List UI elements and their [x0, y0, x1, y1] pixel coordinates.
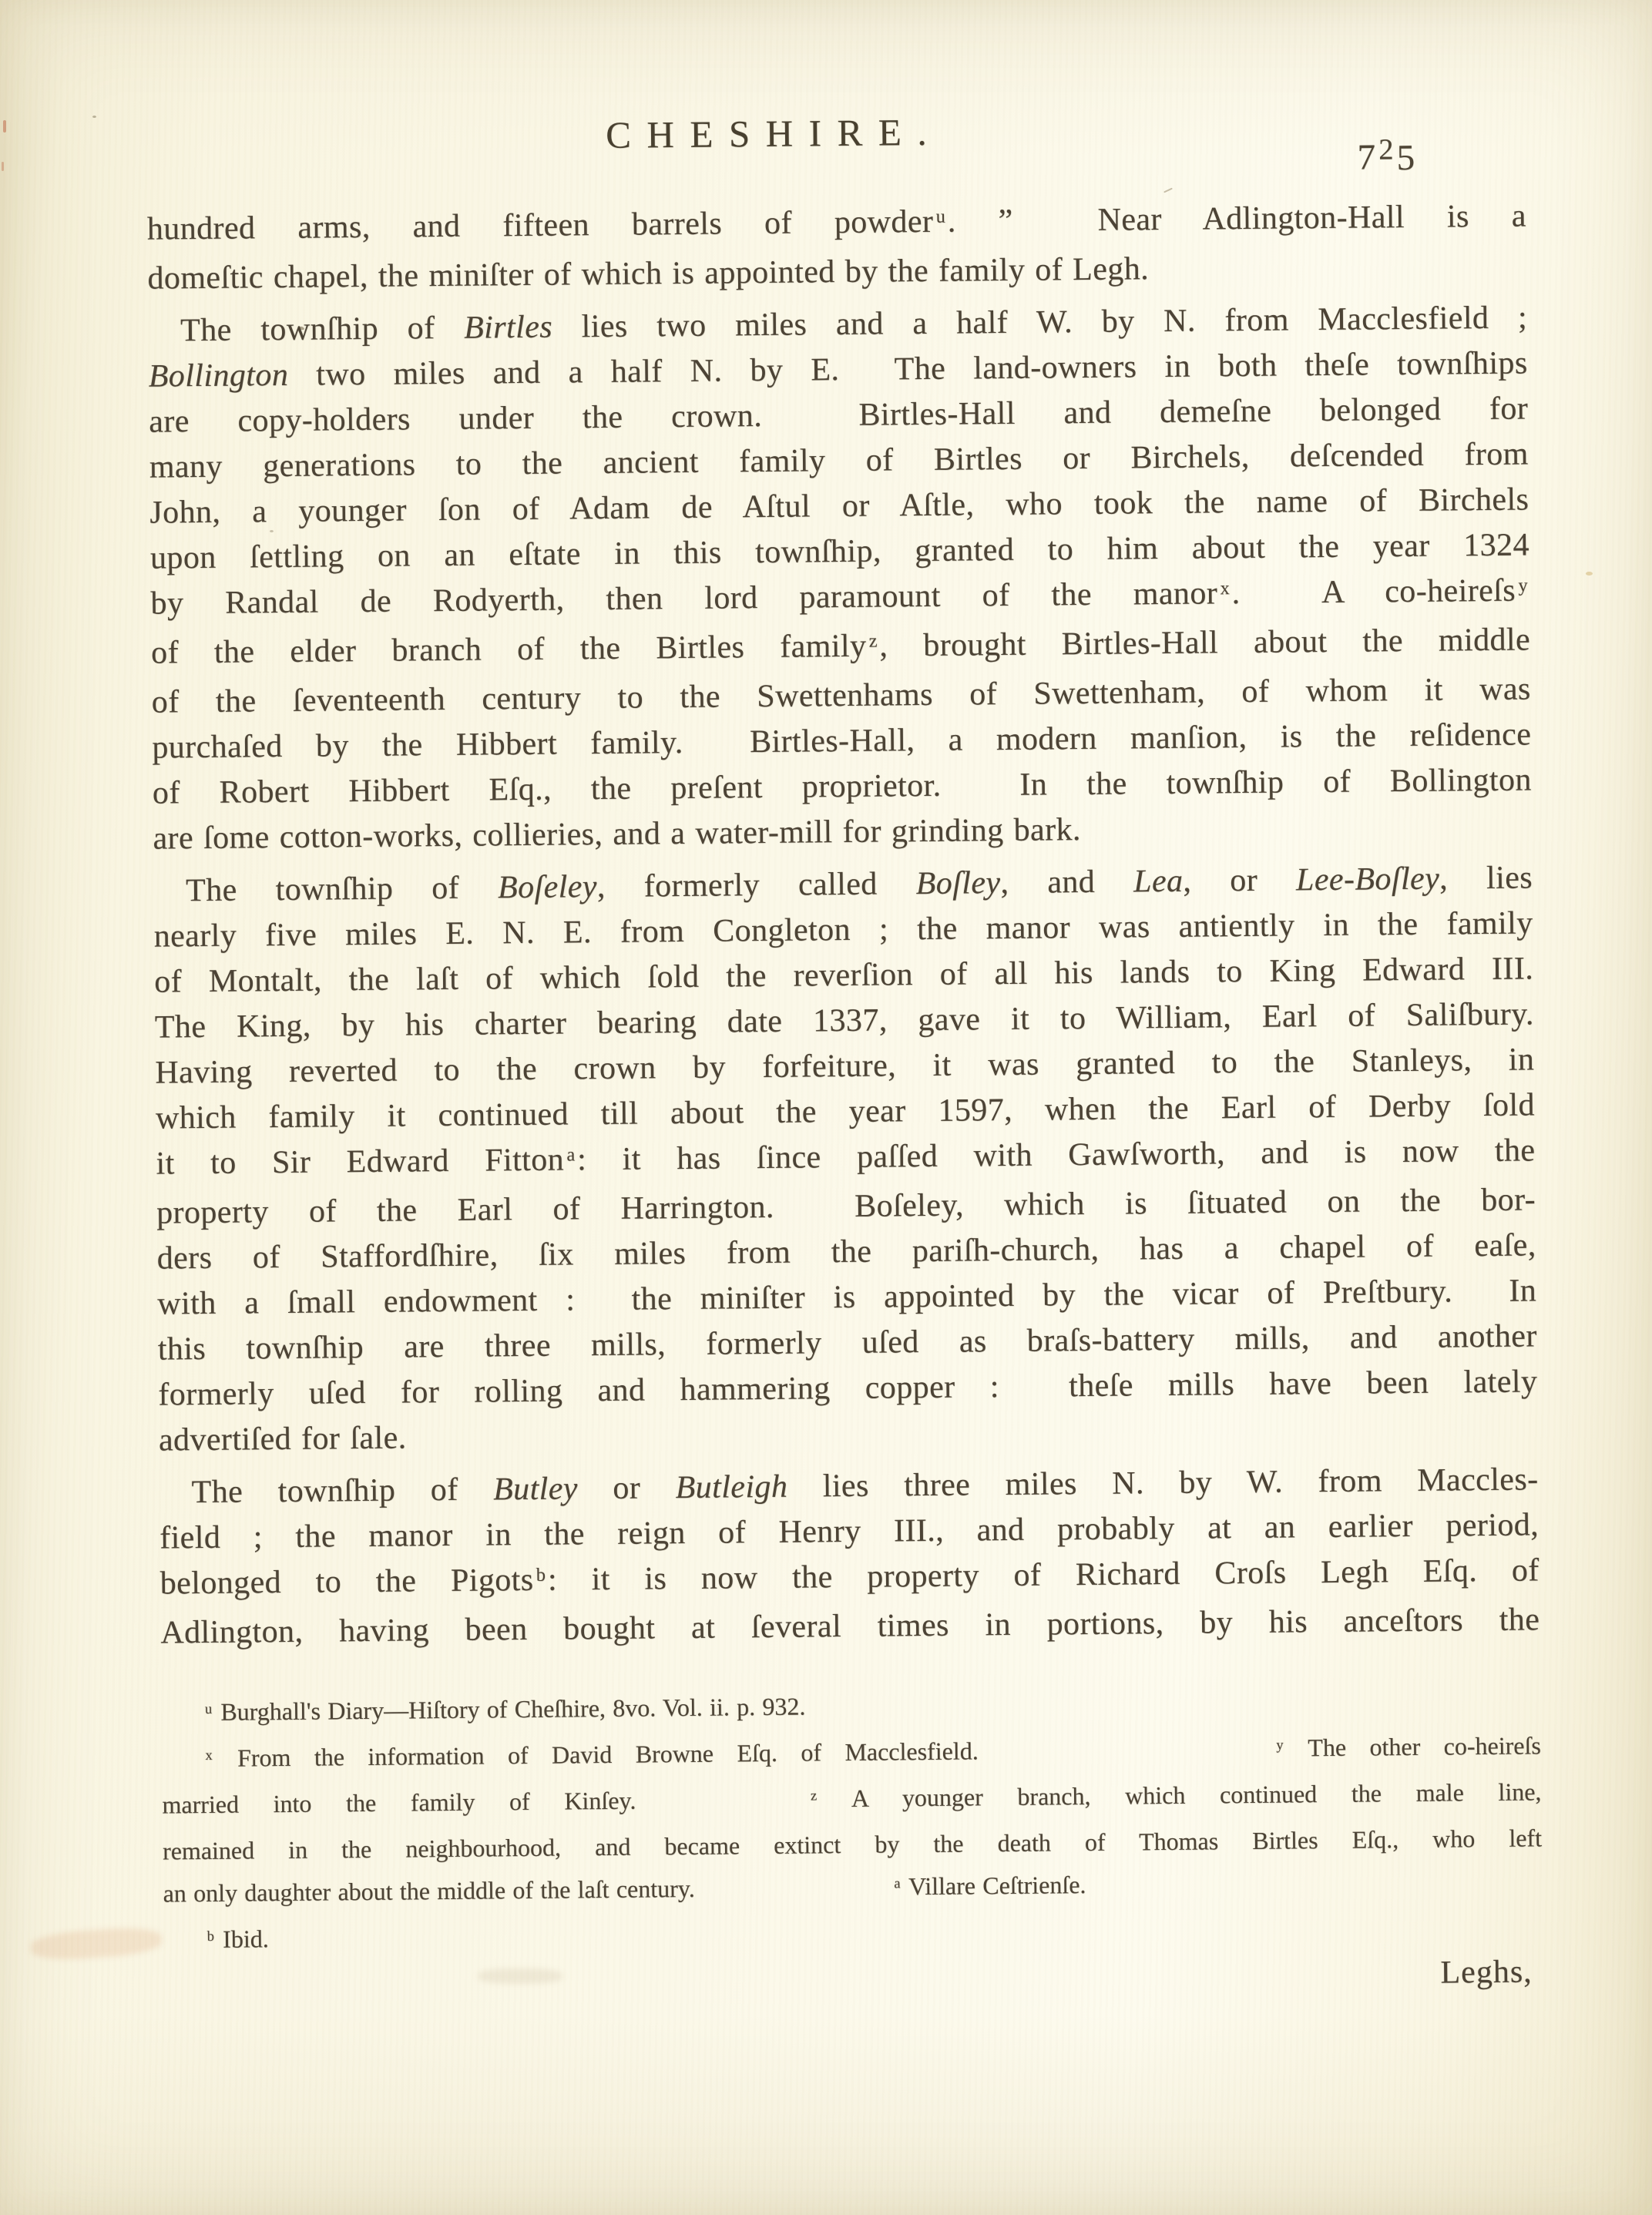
page-title: CHESHIRE. — [146, 106, 1402, 162]
red-edge-mark — [3, 120, 6, 133]
page-number: 725 — [1357, 133, 1416, 176]
paragraph: The townſhip of Butley or Butleigh lies … — [159, 1457, 1540, 1656]
paper-speck — [92, 116, 96, 118]
book-page-scan: CHESHIRE. 725 hundred arms, and fifteen … — [0, 0, 1652, 2215]
page-content: CHESHIRE. 725 hundred arms, and fifteen … — [146, 101, 1543, 2003]
red-edge-mark — [2, 162, 4, 171]
paragraph: The townſhip of Boſeley, formerly called… — [153, 855, 1538, 1463]
body-text: hundred arms, and fifteen barrels of pow… — [147, 193, 1540, 1656]
paper-speck — [1586, 572, 1593, 576]
footnotes: u Burghall's Diary—Hiſtory of Cheſhire, … — [161, 1678, 1543, 1965]
paragraph: The townſhip of Birtles lies two miles a… — [148, 295, 1533, 861]
ink-offset-smudge — [30, 1925, 163, 1962]
paragraph: hundred arms, and fifteen barrels of pow… — [147, 193, 1527, 301]
page-header: CHESHIRE. 725 — [146, 101, 1526, 169]
